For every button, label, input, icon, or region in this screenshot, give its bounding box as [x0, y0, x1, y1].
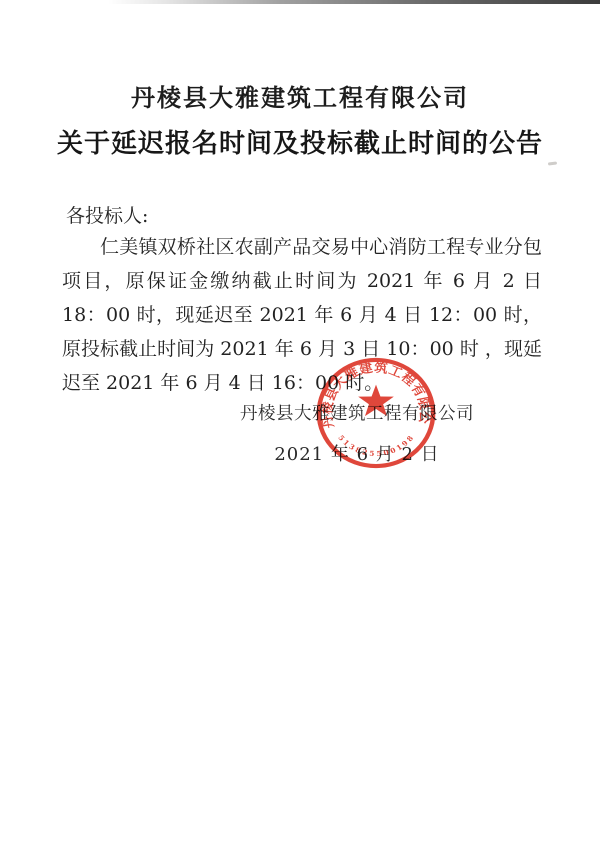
scanned-notice-page: 丹棱县大雅建筑工程有限公司 关于延迟报名时间及投标截止时间的公告 各投标人: 仁…: [0, 0, 600, 863]
company-seal: 丹棱县大雅建筑工程有限公司 5138255001980: [307, 349, 445, 477]
notice-body: 仁美镇双桥社区农副产品交易中心消防工程专业分包项目，原保证金缴纳截止时间为 20…: [62, 230, 542, 400]
salutation: 各投标人:: [66, 201, 148, 228]
company-title: 丹棱县大雅建筑工程有限公司: [0, 78, 600, 113]
scan-speck-artifact: [548, 161, 557, 165]
scan-edge-artifact: [108, 0, 600, 4]
red-star-icon: [358, 385, 394, 416]
notice-title: 关于延迟报名时间及投标截止时间的公告: [0, 123, 600, 160]
